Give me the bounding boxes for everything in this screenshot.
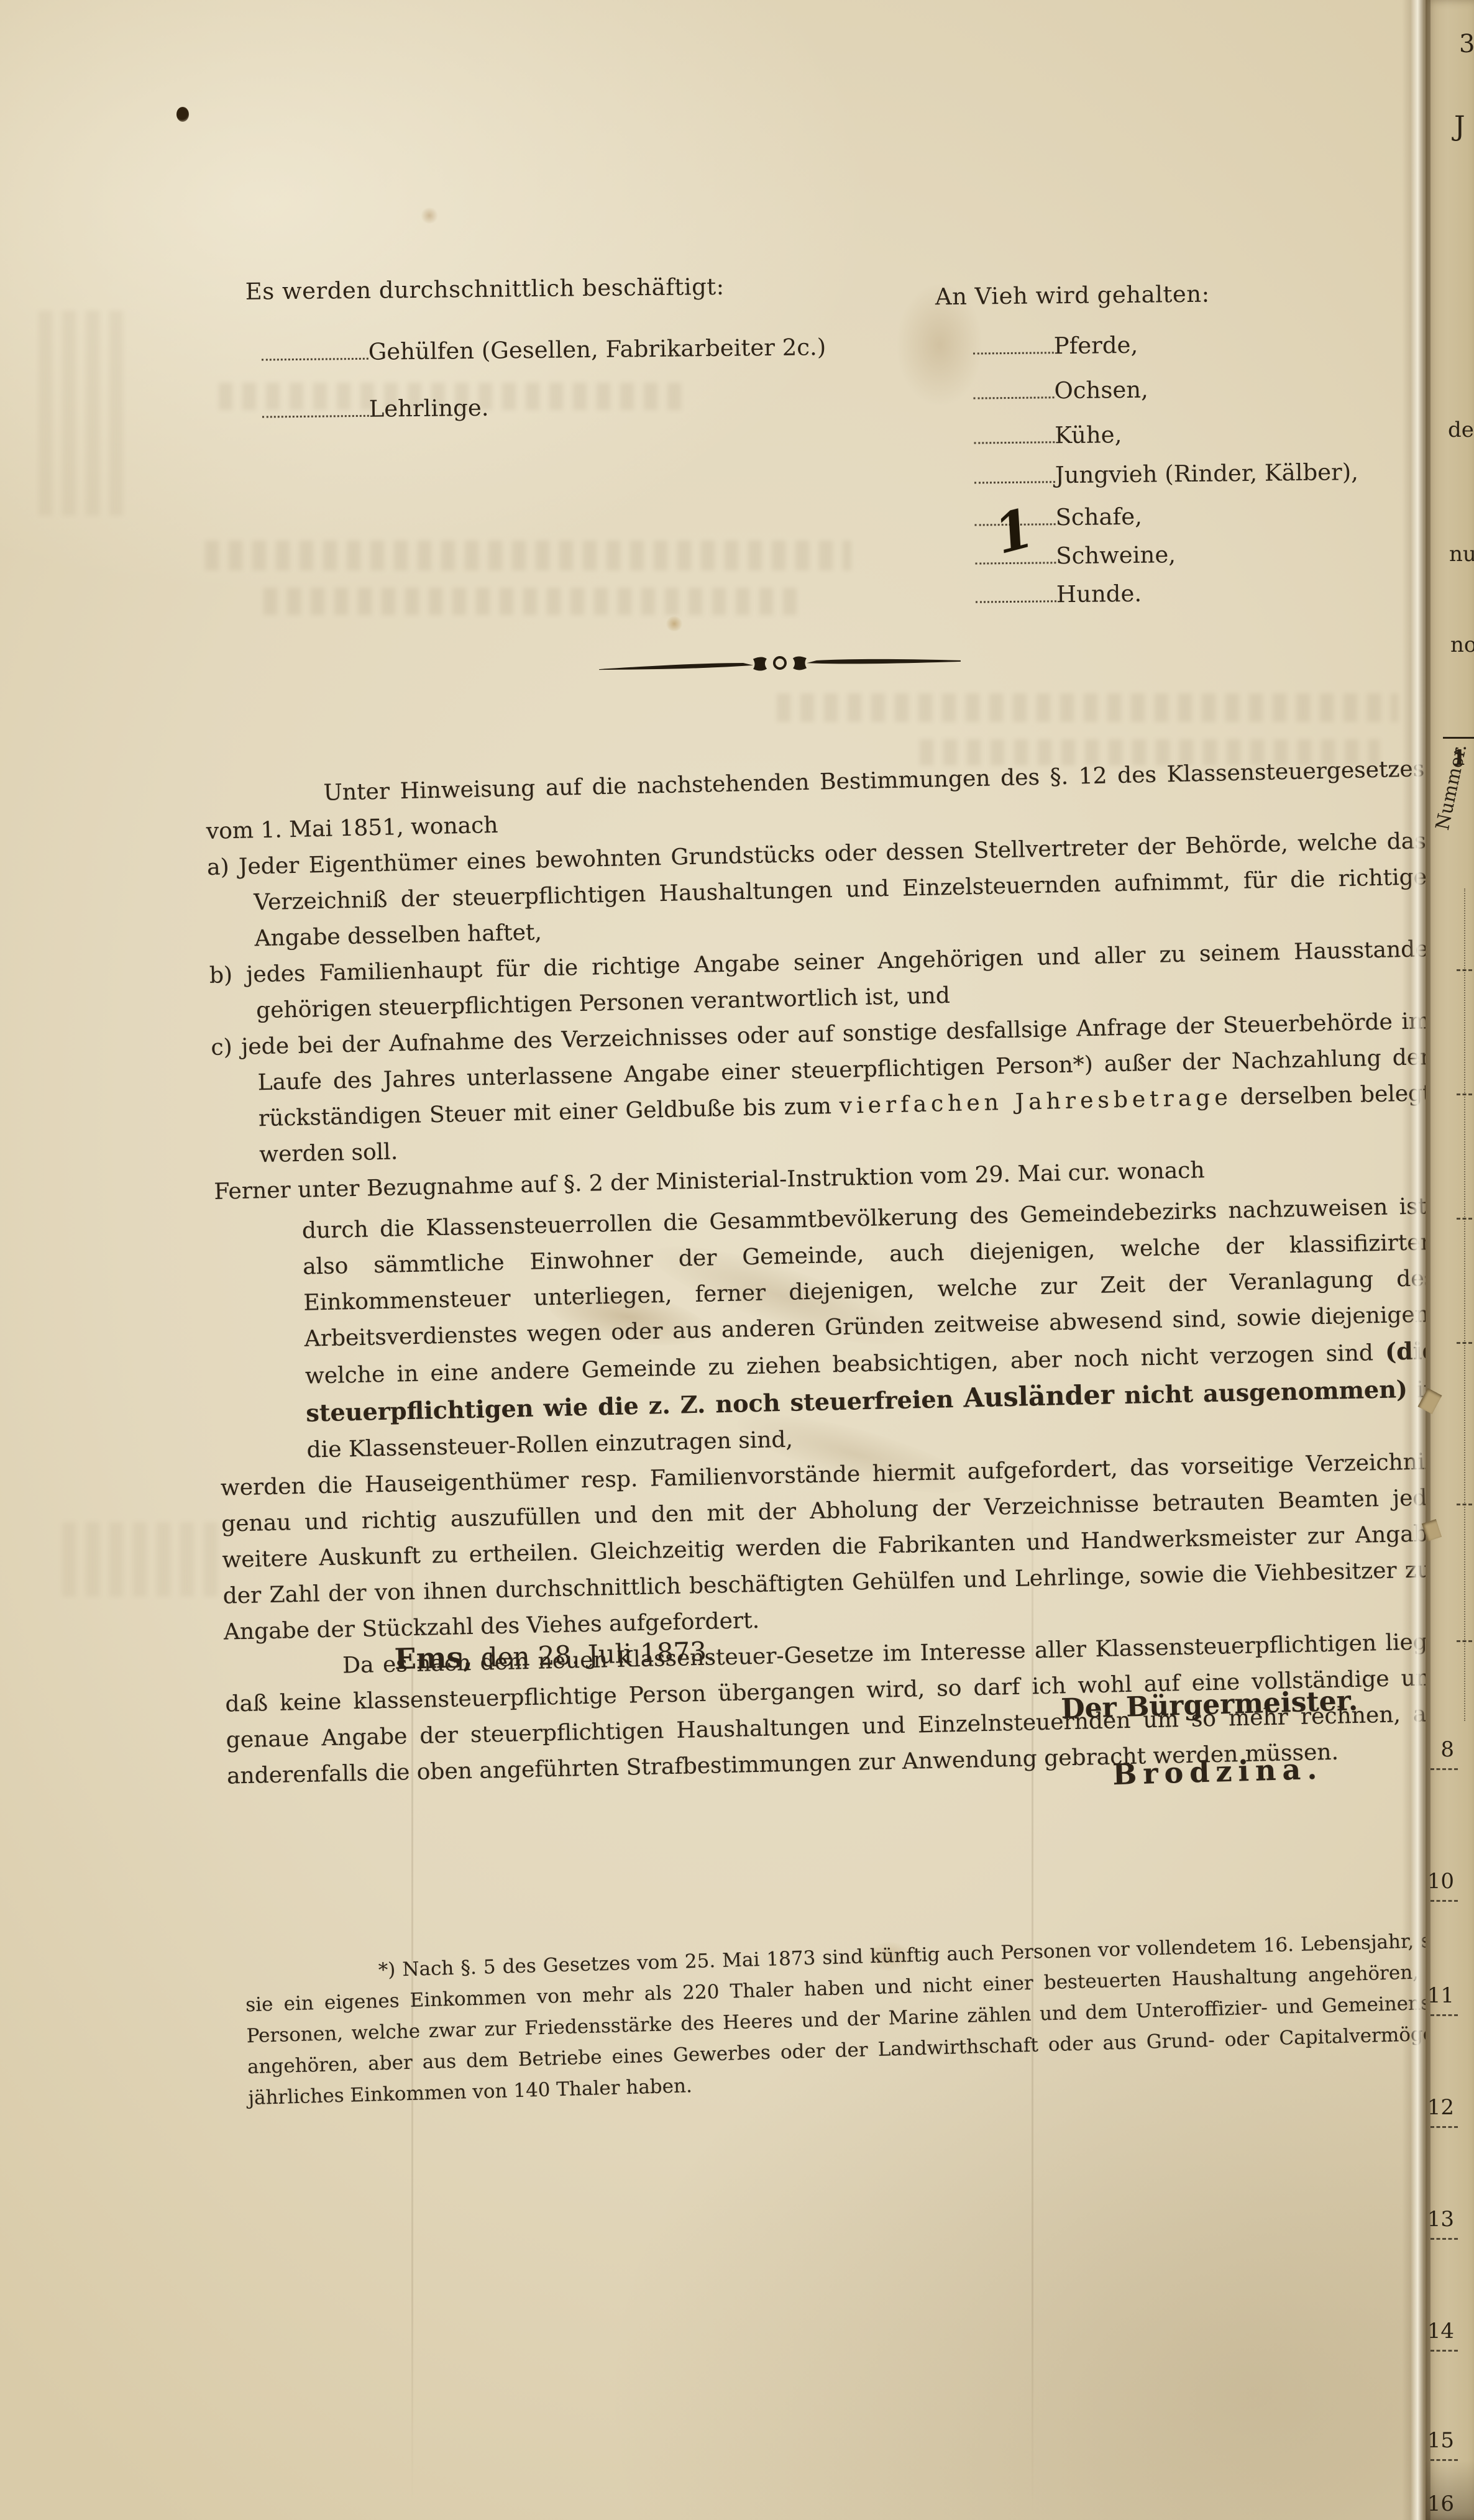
row-number: 13	[1427, 2207, 1454, 2232]
table-row-rule	[1457, 1640, 1474, 1642]
row-number: 15	[1427, 2428, 1454, 2453]
signature-name: Brodzina.	[1112, 1752, 1324, 1791]
row-number: 11	[1427, 1983, 1454, 2008]
row-number: 8	[1440, 1737, 1454, 1762]
bottom-zone: Ems, den 28. Juli 1873. Der Bürgermeiste…	[0, 0, 1474, 2519]
footnote-text: Nach §. 5 des Gesetzes vom 25. Mai 1873 …	[245, 1929, 1474, 2110]
row-number: 10	[1427, 1869, 1454, 1894]
table-row-rule	[1457, 1504, 1474, 1505]
strip-bottom-shadow	[1426, 2460, 1474, 2520]
table-frame-line	[1443, 737, 1474, 739]
footnote: *) Nach §. 5 des Gesetzes vom 25. Mai 18…	[244, 1924, 1474, 2114]
dateline-place: Ems,	[394, 1640, 473, 1676]
row-number-rule	[1431, 2238, 1458, 2240]
dateline-date: den 28. Juli 1873.	[472, 1636, 715, 1673]
next-page-edge-strip: 3 J de nu no 1 Nummer. 8 10 11 12 13 14 …	[1426, 0, 1474, 2520]
signature-title: Der Bürgermeister.	[1061, 1685, 1358, 1725]
text-fragment: J	[1454, 111, 1465, 142]
table-row-rule	[1457, 1093, 1474, 1095]
dateline: Ems, den 28. Juli 1873.	[394, 1633, 715, 1676]
table-row-rule	[1457, 969, 1474, 971]
next-page-number: 3	[1459, 30, 1474, 58]
table-column-rule	[1464, 888, 1465, 1721]
table-row-rule	[1457, 1218, 1474, 1220]
text-fragment: no	[1450, 632, 1474, 657]
row-number-rule	[1431, 2014, 1458, 2016]
row-number: 12	[1427, 2095, 1454, 2120]
scanned-document-page: Es werden durchschnittlich beschäftigt: …	[0, 0, 1474, 2520]
text-fragment: nu	[1449, 542, 1474, 567]
text-fragment: de	[1448, 418, 1474, 442]
row-number-rule	[1431, 1768, 1458, 1770]
row-number: 14	[1427, 2319, 1454, 2344]
nummer-column-label: Nummer.	[1432, 742, 1472, 832]
row-number-rule	[1431, 2350, 1458, 2352]
table-row-rule	[1457, 1342, 1474, 1344]
row-number-rule	[1431, 2126, 1458, 2128]
row-number-rule	[1431, 1900, 1458, 1902]
footnote-marker: *)	[378, 1958, 403, 1981]
